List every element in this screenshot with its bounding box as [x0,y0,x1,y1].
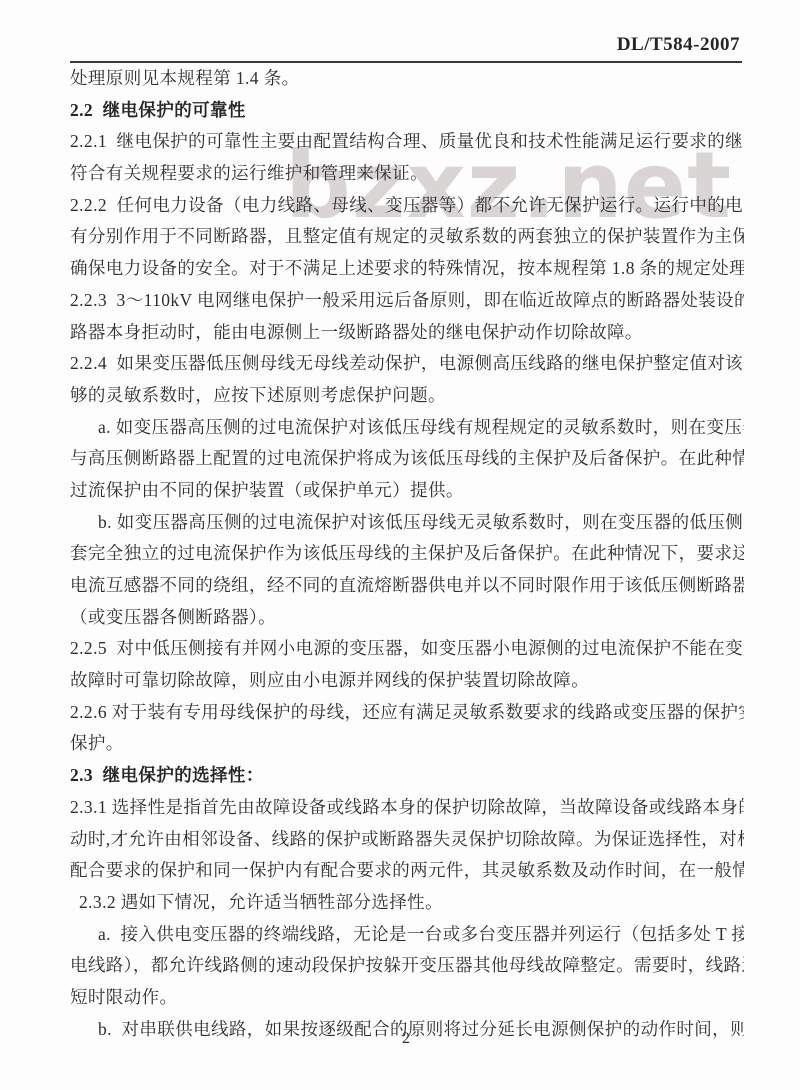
text-line: 确保电力设备的安全。对于不满足上述要求的特殊情况，按本规程第 1.8 条的规定处… [70,253,744,285]
text-line: 电流互感器不同的绕组，经不同的直流熔断器供电并以不同时限作用于该低压侧断路器与高… [70,570,744,602]
text-line: 有分别作用于不同断路器，且整定值有规定的灵敏系数的两套独立的保护装置作为主保护和… [70,221,744,253]
section-heading: 2.2 继电保护的可靠性 [70,95,744,127]
text-line: 2.3.2 遇如下情况，允许适当牺牲部分选择性。 [70,887,744,919]
text-line: 2.2.3 3～110kV 电网继电保护一般采用远后备原则，即在临近故障点的断路… [70,285,744,317]
text-line: b. 如变压器高压侧的过电流保护对该低压母线无灵敏系数时，则在变压器的低压侧断路… [70,507,744,539]
text-line: 动时,才允许由相邻设备、线路的保护或断路器失灵保护切除故障。为保证选择性，对相邻… [70,824,744,856]
document-body: 处理原则见本规程第 1.4 条。2.2 继电保护的可靠性2.2.1 继电保护的可… [70,63,744,1045]
text-line: 路器本身拒动时，能由电源侧上一级断路器处的继电保护动作切除故障。 [70,317,744,349]
text-line: （或变压器各侧断路器）。 [70,602,744,634]
text-line: a. 接入供电变压器的终端线路，无论是一台或多台变压器并列运行（包括多处 T 接… [70,919,744,951]
text-line: 过流保护由不同的保护装置（或保护单元）提供。 [70,475,744,507]
text-line: 保护。 [70,728,744,760]
text-line: 故障时可靠切除故障，则应由小电源并网线的保护装置切除故障。 [70,665,744,697]
text-line: 与高压侧断路器上配置的过电流保护将成为该低压母线的主保护及后备保护。在此种情况下… [70,443,744,475]
text-line: 2.2.6 对于装有专用母线保护的母线，还应有满足灵敏系数要求的线路或变压器的保… [70,697,744,729]
document-page: DL/T584-2007 bzxz.net 处理原则见本规程第 1.4 条。2.… [0,0,800,1090]
text-line: 2.2.4 如果变压器低压侧母线无母线差动保护，电源侧高压线路的继电保护整定值对… [70,348,744,380]
text-line: 2.2.1 继电保护的可靠性主要由配置结构合理、质量优良和技术性能满足运行要求的… [70,126,744,158]
text-line: a. 如变压器高压侧的过电流保护对该低压母线有规程规定的灵敏系数时，则在变压器的… [70,412,744,444]
text-line: b. 对串联供电线路，如果按逐级配合的原则将过分延长电源侧保护的动作时间，则可将… [70,1014,744,1046]
text-line: 2.2.5 对中低压侧接有并网小电源的变压器，如变压器小电源侧的过电流保护不能在… [70,633,744,665]
text-line: 配合要求的保护和同一保护内有配合要求的两元件，其灵敏系数及动作时间，在一般情况下… [70,855,744,887]
text-line: 短时限动作。 [70,982,744,1014]
text-line: 符合有关规程要求的运行维护和管理来保证。 [70,158,744,190]
text-line: 套完全独立的过电流保护作为该低压母线的主保护及后备保护。在此种情况下，要求这两套… [70,538,744,570]
text-line: 2.2.2 任何电力设备（电力线路、母线、变压器等）都不允许无保护运行。运行中的… [70,190,744,222]
text-line: 处理原则见本规程第 1.4 条。 [70,63,744,95]
text-line: 够的灵敏系数时，应按下述原则考虑保护问题。 [70,380,744,412]
section-heading: 2.3 继电保护的选择性： [70,760,744,792]
text-line: 电线路），都允许线路侧的速动段保护按躲开变压器其他母线故障整定。需要时，线路速动… [70,950,744,982]
standard-code: DL/T584-2007 [617,34,740,56]
text-line: 2.3.1 选择性是指首先由故障设备或线路本身的保护切除故障，当故障设备或线路本… [70,792,744,824]
